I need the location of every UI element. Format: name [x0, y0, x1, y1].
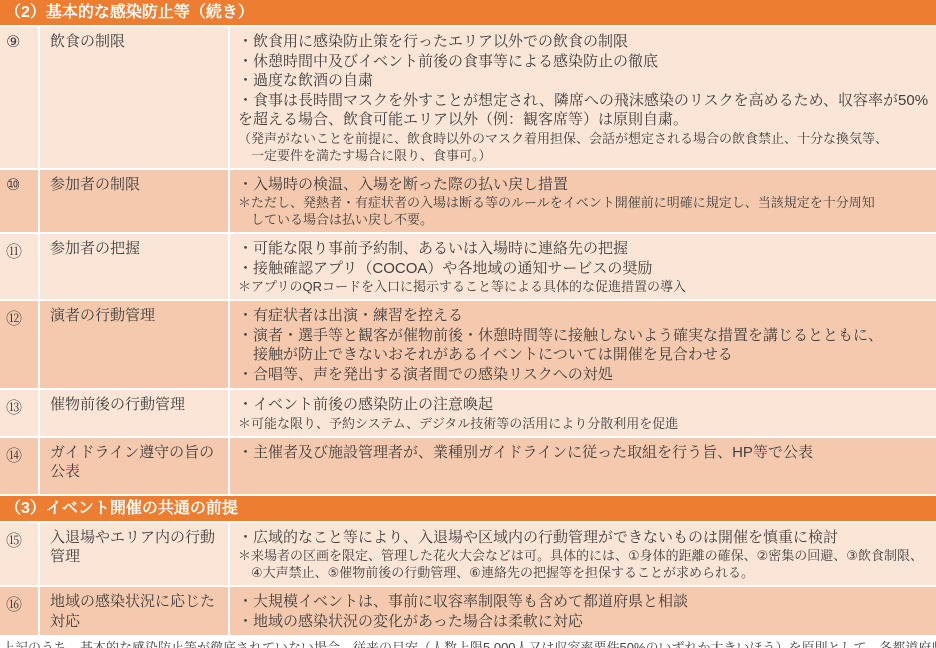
detail-line: している場合は払い戻し不要。 [238, 211, 936, 228]
table-row: ⑭ガイドライン遵守の旨の公表・主催者及び施設管理者が、業種別ガイドラインに従った… [0, 438, 936, 496]
detail-line: ＊来場者の区画を限定、管理した花火大会などは可。具体的には、①身体的距離の確保、… [238, 547, 936, 564]
detail-line: ・入場時の検温、入場を断った際の払い戻し措置 [238, 175, 936, 195]
row-number: ⑯ [0, 587, 40, 635]
detail-line: 接触が防止できないおそれがあるイベントについては開催を見合わせる [238, 345, 936, 365]
row-number: ⑬ [0, 390, 40, 436]
detail-line: ・主催者及び施設管理者が、業種別ガイドラインに従った取組を行う旨、HP等で公表 [238, 443, 936, 463]
section-rows: ⑮入退場やエリア内の行動管理・広域的なこと等により、入退場や区域内の行動管理がで… [0, 523, 936, 638]
detail-line: ＊アプリのQRコードを入口に掲示すること等による具体的な促進措置の導入 [238, 278, 936, 295]
section-header-basic-prevention: （2）基本的な感染防止等（続き） [0, 0, 936, 27]
footer-note: 上記のうち、基本的な感染防止等が徹底されていない場合、従来の目安（人数上限5,0… [0, 637, 936, 648]
row-details: ・主催者及び施設管理者が、業種別ガイドラインに従った取組を行う旨、HP等で公表 [230, 438, 936, 494]
row-number: ⑩ [0, 170, 40, 233]
row-number: ⑭ [0, 438, 40, 494]
row-name: 演者の行動管理 [40, 301, 230, 388]
row-name: 入退場やエリア内の行動管理 [40, 523, 230, 586]
row-name: 催物前後の行動管理 [40, 390, 230, 436]
row-details: ・飲食用に感染防止策を行ったエリア以外での飲食の制限・休憩時間中及びイベント前後… [230, 27, 936, 168]
row-name: 飲食の制限 [40, 27, 230, 168]
row-name: 参加者の制限 [40, 170, 230, 233]
detail-line: ・大規模イベントは、事前に収容率制限等も含めて都道府県と相談 [238, 592, 936, 612]
detail-line: ・接触確認アプリ（COCOA）や各地域の通知サービスの奨励 [238, 259, 936, 279]
section-rows: ⑨飲食の制限・飲食用に感染防止策を行ったエリア以外での飲食の制限・休憩時間中及び… [0, 27, 936, 496]
row-name: 参加者の把握 [40, 234, 230, 299]
row-number: ⑫ [0, 301, 40, 388]
row-details: ・可能な限り事前予約制、あるいは入場時に連絡先の把握・接触確認アプリ（COCOA… [230, 234, 936, 299]
row-number: ⑨ [0, 27, 40, 168]
detail-line: ・休憩時間中及びイベント前後の食事等による感染防止の徹底 [238, 52, 936, 72]
row-name: 地域の感染状況に応じた対応 [40, 587, 230, 635]
detail-line: ・過度な飲酒の自粛 [238, 71, 936, 91]
detail-line: を超える場合、飲食可能エリア以外（例：観客席等）は原則自粛。 [238, 110, 936, 130]
detail-line: ・合唱等、声を発出する演者間での感染リスクへの対処 [238, 365, 936, 385]
detail-line: 一定要件を満たす場合に限り、食事可。） [238, 147, 936, 164]
row-details: ・広域的なこと等により、入退場や区域内の行動管理ができないものは開催を慎重に検討… [230, 523, 936, 586]
detail-line: ＊可能な限り、予約システム、デジタル技術等の活用により分散利用を促進 [238, 415, 936, 432]
row-number: ⑪ [0, 234, 40, 299]
table-row: ⑮入退場やエリア内の行動管理・広域的なこと等により、入退場や区域内の行動管理がで… [0, 523, 936, 588]
section-common-premise: （3）イベント開催の共通の前提 ⑮入退場やエリア内の行動管理・広域的なこと等によ… [0, 496, 936, 638]
table-row: ⑬催物前後の行動管理・イベント前後の感染防止の注意喚起＊可能な限り、予約システム… [0, 390, 936, 438]
detail-line: ・可能な限り事前予約制、あるいは入場時に連絡先の把握 [238, 239, 936, 259]
table-row: ⑯地域の感染状況に応じた対応・大規模イベントは、事前に収容率制限等も含めて都道府… [0, 587, 936, 637]
detail-line: ・食事は長時間マスクを外すことが想定され、隣席への飛沫感染のリスクを高めるため、… [238, 91, 936, 111]
row-details: ・有症状者は出演・練習を控える・演者・選手等と観客が催物前後・休憩時間等に接触し… [230, 301, 936, 388]
row-details: ・入場時の検温、入場を断った際の払い戻し措置＊ただし、発熱者・有症状者の入場は断… [230, 170, 936, 233]
section-basic-prevention: （2）基本的な感染防止等（続き） ⑨飲食の制限・飲食用に感染防止策を行ったエリア… [0, 0, 936, 496]
detail-line: ・演者・選手等と観客が催物前後・休憩時間等に接触しないよう確実な措置を講じるとと… [238, 326, 936, 346]
detail-line: ④大声禁止、⑤催物前後の行動管理、⑥連絡先の把握等を担保することが求められる。 [238, 564, 936, 581]
detail-line: ・地域の感染状況の変化があった場合は柔軟に対応 [238, 612, 936, 632]
row-details: ・大規模イベントは、事前に収容率制限等も含めて都道府県と相談・地域の感染状況の変… [230, 587, 936, 635]
detail-line: ＊ただし、発熱者・有症状者の入場は断る等のルールをイベント開催前に明確に規定し、… [238, 194, 936, 211]
document: （2）基本的な感染防止等（続き） ⑨飲食の制限・飲食用に感染防止策を行ったエリア… [0, 0, 936, 648]
row-details: ・イベント前後の感染防止の注意喚起＊可能な限り、予約システム、デジタル技術等の活… [230, 390, 936, 436]
table-row: ⑫演者の行動管理・有症状者は出演・練習を控える・演者・選手等と観客が催物前後・休… [0, 301, 936, 390]
row-name: ガイドライン遵守の旨の公表 [40, 438, 230, 494]
table-row: ⑪参加者の把握・可能な限り事前予約制、あるいは入場時に連絡先の把握・接触確認アプ… [0, 234, 936, 301]
detail-line: ・有症状者は出演・練習を控える [238, 306, 936, 326]
detail-line: ・飲食用に感染防止策を行ったエリア以外での飲食の制限 [238, 32, 936, 52]
detail-line: ・イベント前後の感染防止の注意喚起 [238, 395, 936, 415]
section-header-common-premise: （3）イベント開催の共通の前提 [0, 496, 936, 523]
detail-line: （発声がないことを前提に、飲食時以外のマスク着用担保、会話が想定される場合の飲食… [238, 130, 936, 147]
detail-line: ・広域的なこと等により、入退場や区域内の行動管理ができないものは開催を慎重に検討 [238, 528, 936, 548]
table-row: ⑩参加者の制限・入場時の検温、入場を断った際の払い戻し措置＊ただし、発熱者・有症… [0, 170, 936, 235]
table-row: ⑨飲食の制限・飲食用に感染防止策を行ったエリア以外での飲食の制限・休憩時間中及び… [0, 27, 936, 170]
row-number: ⑮ [0, 523, 40, 586]
